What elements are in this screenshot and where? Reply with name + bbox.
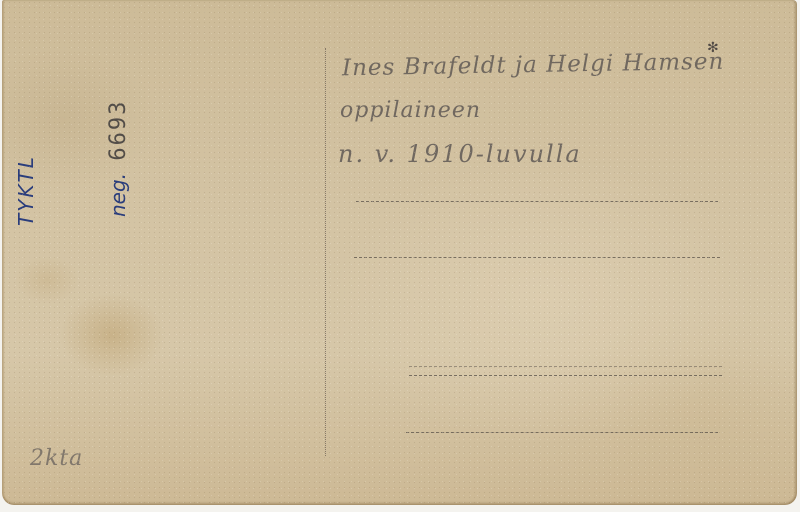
negative-number: 6693 (106, 100, 131, 161)
address-line-3 (409, 375, 722, 376)
vertical-divider-line (325, 48, 326, 456)
address-line-2 (354, 257, 720, 258)
handwritten-message-line-3: n. v. 1910-luvulla (338, 140, 582, 168)
handwritten-message-line-1: Ines Brafeldt ja Helgi Hamsen (342, 49, 725, 82)
scan-background: Ines Brafeldt ja Helgi Hamsen oppilainee… (0, 0, 800, 512)
negative-prefix: neg. (106, 173, 130, 217)
negative-number-label: neg. 6693 (106, 100, 131, 217)
corner-pencil-note: 2kta (30, 446, 83, 471)
asterisk-mark-icon: ✻ (707, 40, 719, 56)
postcard-back: Ines Brafeldt ja Helgi Hamsen oppilainee… (2, 0, 797, 505)
address-line-3-upper (409, 366, 722, 367)
archive-code-label: TYKTL (14, 155, 38, 226)
address-line-4 (406, 432, 718, 433)
handwritten-message-line-2: oppilaineen (340, 98, 481, 123)
address-line-1 (356, 201, 718, 202)
